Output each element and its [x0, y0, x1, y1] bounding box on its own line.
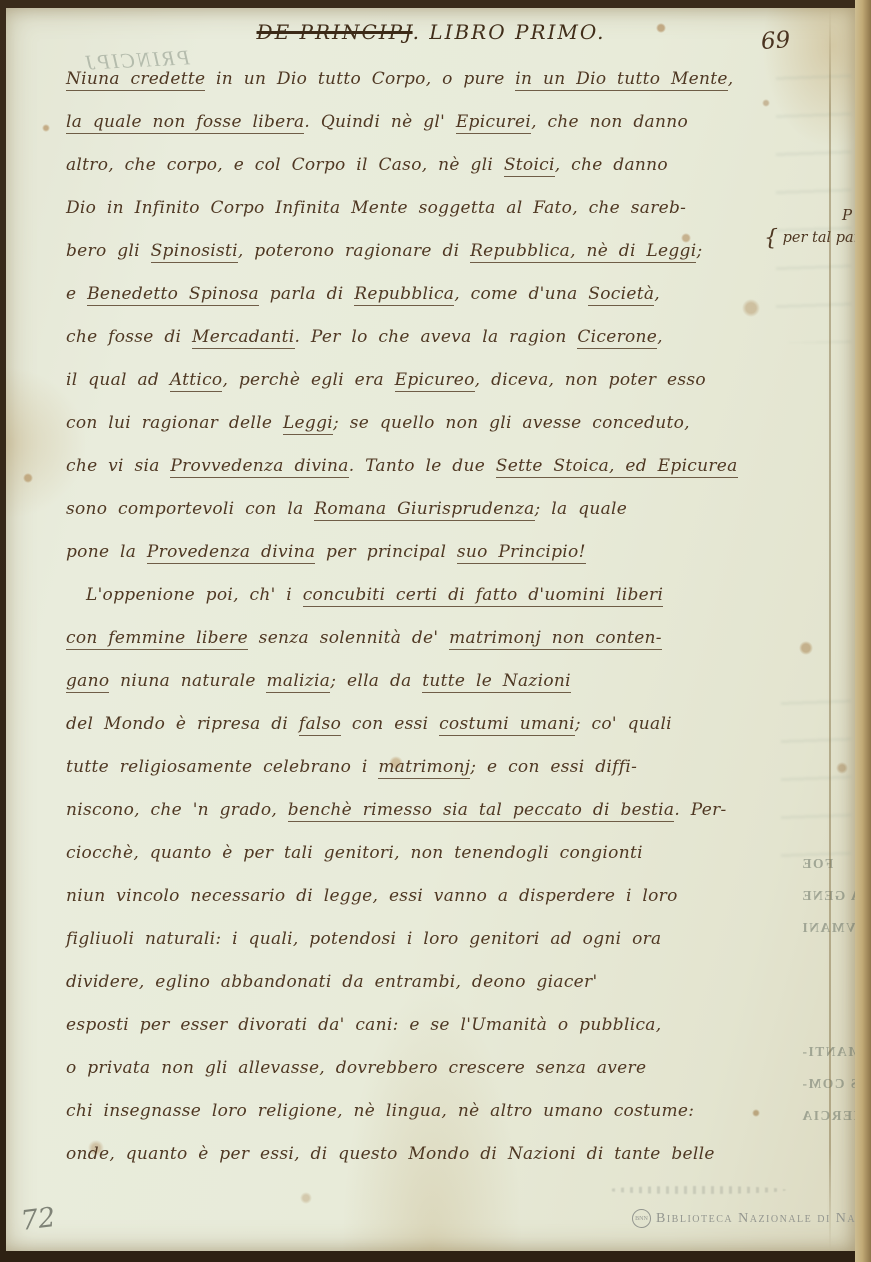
phrase: dividere, eglino abbandonati da entrambi…	[66, 972, 597, 992]
phrase: . Quindi nè gl'	[304, 112, 455, 132]
underlined-phrase: benchè rimesso sia tal peccato di bestia	[288, 800, 675, 822]
bleedthrough-script-smudge	[776, 63, 851, 343]
phrase: per principal	[315, 542, 457, 562]
underlined-phrase: Provvedenza divina	[170, 456, 348, 478]
underlined-phrase: la quale non fosse libera	[66, 112, 304, 134]
phrase: con lui ragionar delle	[66, 413, 283, 433]
underlined-phrase: matrimonj	[378, 757, 470, 779]
bleedthrough-script-smudge	[781, 688, 851, 858]
underlined-phrase: Epicurei	[456, 112, 531, 134]
folio-number: 69	[760, 27, 791, 55]
underlined-phrase: Repubblica, nè di Leggi	[470, 241, 696, 263]
underlined-phrase: Benedetto Spinosa	[87, 284, 259, 306]
manuscript-line: tutte religiosamente celebrano i matrimo…	[66, 746, 781, 789]
manuscript-line: esposti per esser divorati da' cani: e s…	[66, 1004, 781, 1047]
underlined-phrase: Spinosisti	[151, 241, 238, 263]
phrase: ; e con essi diffi-	[470, 757, 637, 777]
phrase: L'oppenione poi, ch' i	[86, 585, 303, 605]
phrase: che fosse di	[66, 327, 192, 347]
title-text: . LIBRO PRIMO.	[413, 20, 606, 44]
underlined-phrase: falso	[299, 714, 341, 736]
underlined-phrase: Niuna credette	[66, 69, 205, 91]
manuscript-line: sono comportevoli con la Romana Giurispr…	[66, 488, 781, 531]
pencil-scribble	[606, 1186, 786, 1194]
manuscript-line: ciocchè, quanto è per tali genitori, non…	[66, 832, 781, 875]
phrase: ; se quello non gli avesse conceduto,	[333, 413, 690, 433]
page-crease-line	[829, 8, 831, 1251]
underlined-phrase: malizia	[266, 671, 330, 693]
underlined-phrase: concubiti certi di fatto d'uomini liberi	[303, 585, 663, 607]
underlined-phrase: gano	[66, 671, 109, 693]
manuscript-line: del Mondo è ripresa di falso con essi co…	[66, 703, 781, 746]
page-title: DE PRINCIPJ. LIBRO PRIMO.	[221, 20, 641, 44]
phrase: , perchè egli era	[222, 370, 394, 390]
manuscript-line: pone la Provedenza divina per principal …	[66, 531, 781, 574]
marginal-note-superscript: P	[842, 206, 852, 224]
underlined-phrase: Società	[588, 284, 654, 306]
pencil-folio-number: 72	[19, 1202, 57, 1237]
underlined-phrase: Romana Giurisprudenza	[314, 499, 534, 521]
underlined-phrase: Mercadanti	[192, 327, 295, 349]
underlined-phrase: con femmine libere	[66, 628, 248, 650]
phrase: , che non danno	[531, 112, 688, 132]
underlined-phrase: Epicureo	[395, 370, 475, 392]
underlined-phrase: suo Principio!	[457, 542, 586, 564]
underlined-phrase: Repubblica	[354, 284, 454, 306]
phrase: . Per-	[674, 800, 726, 820]
phrase: Dio in Infinito Corpo Infinita Mente sog…	[66, 198, 686, 218]
manuscript-scan: PRINCIPJ FOEDERA GENERIS HVMANIIVMANTI-T…	[0, 0, 871, 1262]
phrase: ,	[657, 327, 663, 347]
manuscript-line: Dio in Infinito Corpo Infinita Mente sog…	[66, 187, 781, 230]
library-watermark: BNN Biblioteca Nazionale di Napoli	[632, 1209, 871, 1228]
manuscript-line: dividere, eglino abbandonati da entrambi…	[66, 961, 781, 1004]
phrase: ,	[728, 69, 734, 89]
underlined-phrase: Leggi	[283, 413, 333, 435]
phrase: figliuoli naturali: i quali, potendosi i…	[66, 929, 661, 949]
manuscript-line: e Benedetto Spinosa parla di Repubblica,…	[66, 273, 781, 316]
phrase: sono comportevoli con la	[66, 499, 314, 519]
manuscript-page: PRINCIPJ FOEDERA GENERIS HVMANIIVMANTI-T…	[6, 8, 858, 1251]
phrase: tutte religiosamente celebrano i	[66, 757, 378, 777]
manuscript-line: Niuna credette in un Dio tutto Corpo, o …	[66, 58, 781, 101]
phrase: in un Dio tutto Corpo, o pure	[205, 69, 515, 89]
manuscript-line: il qual ad Attico, perchè egli era Epicu…	[66, 359, 781, 402]
underlined-phrase: Attico	[170, 370, 223, 392]
manuscript-body: Niuna credette in un Dio tutto Corpo, o …	[66, 58, 781, 1176]
phrase: niuna naturale	[109, 671, 266, 691]
phrase: e	[66, 284, 87, 304]
underlined-phrase: Cicerone	[577, 327, 657, 349]
phrase: onde, quanto è per essi, di questo Mondo…	[66, 1144, 715, 1164]
marginal-note-brace: {	[764, 226, 778, 251]
underlined-phrase: Provedenza divina	[147, 542, 315, 564]
phrase: ; ella da	[330, 671, 422, 691]
library-watermark-text: Biblioteca Nazionale di Napoli	[656, 1211, 871, 1227]
phrase: ciocchè, quanto è per tali genitori, non…	[66, 843, 643, 863]
phrase: esposti per esser divorati da' cani: e s…	[66, 1015, 661, 1035]
phrase: ,	[654, 284, 660, 304]
manuscript-line: con lui ragionar delle Leggi; se quello …	[66, 402, 781, 445]
underlined-phrase: matrimonj non conten-	[449, 628, 662, 650]
manuscript-line: niun vincolo necessario di legge, essi v…	[66, 875, 781, 918]
phrase: , diceva, non poter esso	[475, 370, 706, 390]
phrase: niun vincolo necessario di legge, essi v…	[66, 886, 678, 906]
phrase: o privata non gli allevasse, dovrebbero …	[66, 1058, 646, 1078]
underlined-phrase: in un Dio tutto Mente	[515, 69, 728, 91]
manuscript-line: L'oppenione poi, ch' i concubiti certi d…	[66, 574, 781, 617]
phrase: pone la	[66, 542, 147, 562]
phrase: bero gli	[66, 241, 151, 261]
phrase: , come d'una	[454, 284, 588, 304]
manuscript-line: niscono, che 'n grado, benchè rimesso si…	[66, 789, 781, 832]
phrase: chi insegnasse loro religione, nè lingua…	[66, 1101, 694, 1121]
manuscript-line: con femmine libere senza solennità de' m…	[66, 617, 781, 660]
phrase: . Tanto le due	[349, 456, 496, 476]
phrase: senza solennità de'	[248, 628, 449, 648]
manuscript-line: o privata non gli allevasse, dovrebbero …	[66, 1047, 781, 1090]
phrase: altro, che corpo, e col Corpo il Caso, n…	[66, 155, 504, 175]
manuscript-line: chi insegnasse loro religione, nè lingua…	[66, 1090, 781, 1133]
phrase: ;	[696, 241, 702, 261]
manuscript-line: bero gli Spinosisti, poterono ragionare …	[66, 230, 781, 273]
underlined-phrase: costumi umani	[439, 714, 575, 736]
phrase: . Per lo che aveva la ragion	[295, 327, 578, 347]
library-logo-icon: BNN	[632, 1209, 651, 1228]
manuscript-line: la quale non fosse libera. Quindi nè gl'…	[66, 101, 781, 144]
underlined-phrase: tutte le Nazioni	[422, 671, 571, 693]
book-fore-edge	[855, 0, 871, 1262]
phrase: , poterono ragionare di	[238, 241, 470, 261]
underlined-phrase: Sette Stoica, ed Epicurea	[496, 456, 738, 478]
manuscript-line: figliuoli naturali: i quali, potendosi i…	[66, 918, 781, 961]
manuscript-line: che vi sia Provvedenza divina. Tanto le …	[66, 445, 781, 488]
manuscript-line: gano niuna naturale malizia; ella da tut…	[66, 660, 781, 703]
manuscript-line: onde, quanto è per essi, di questo Mondo…	[66, 1133, 781, 1176]
manuscript-line: altro, che corpo, e col Corpo il Caso, n…	[66, 144, 781, 187]
phrase: , che danno	[555, 155, 668, 175]
underlined-phrase: Stoici	[504, 155, 555, 177]
phrase: con essi	[341, 714, 439, 734]
phrase: che vi sia	[66, 456, 170, 476]
phrase: il qual ad	[66, 370, 170, 390]
phrase: parla di	[259, 284, 354, 304]
manuscript-line: che fosse di Mercadanti. Per lo che avev…	[66, 316, 781, 359]
phrase: del Mondo è ripresa di	[66, 714, 299, 734]
struck-out-title-text: DE PRINCIPJ	[257, 20, 413, 44]
phrase: ; la quale	[535, 499, 628, 519]
phrase: ; co' quali	[575, 714, 672, 734]
phrase: niscono, che 'n grado,	[66, 800, 288, 820]
